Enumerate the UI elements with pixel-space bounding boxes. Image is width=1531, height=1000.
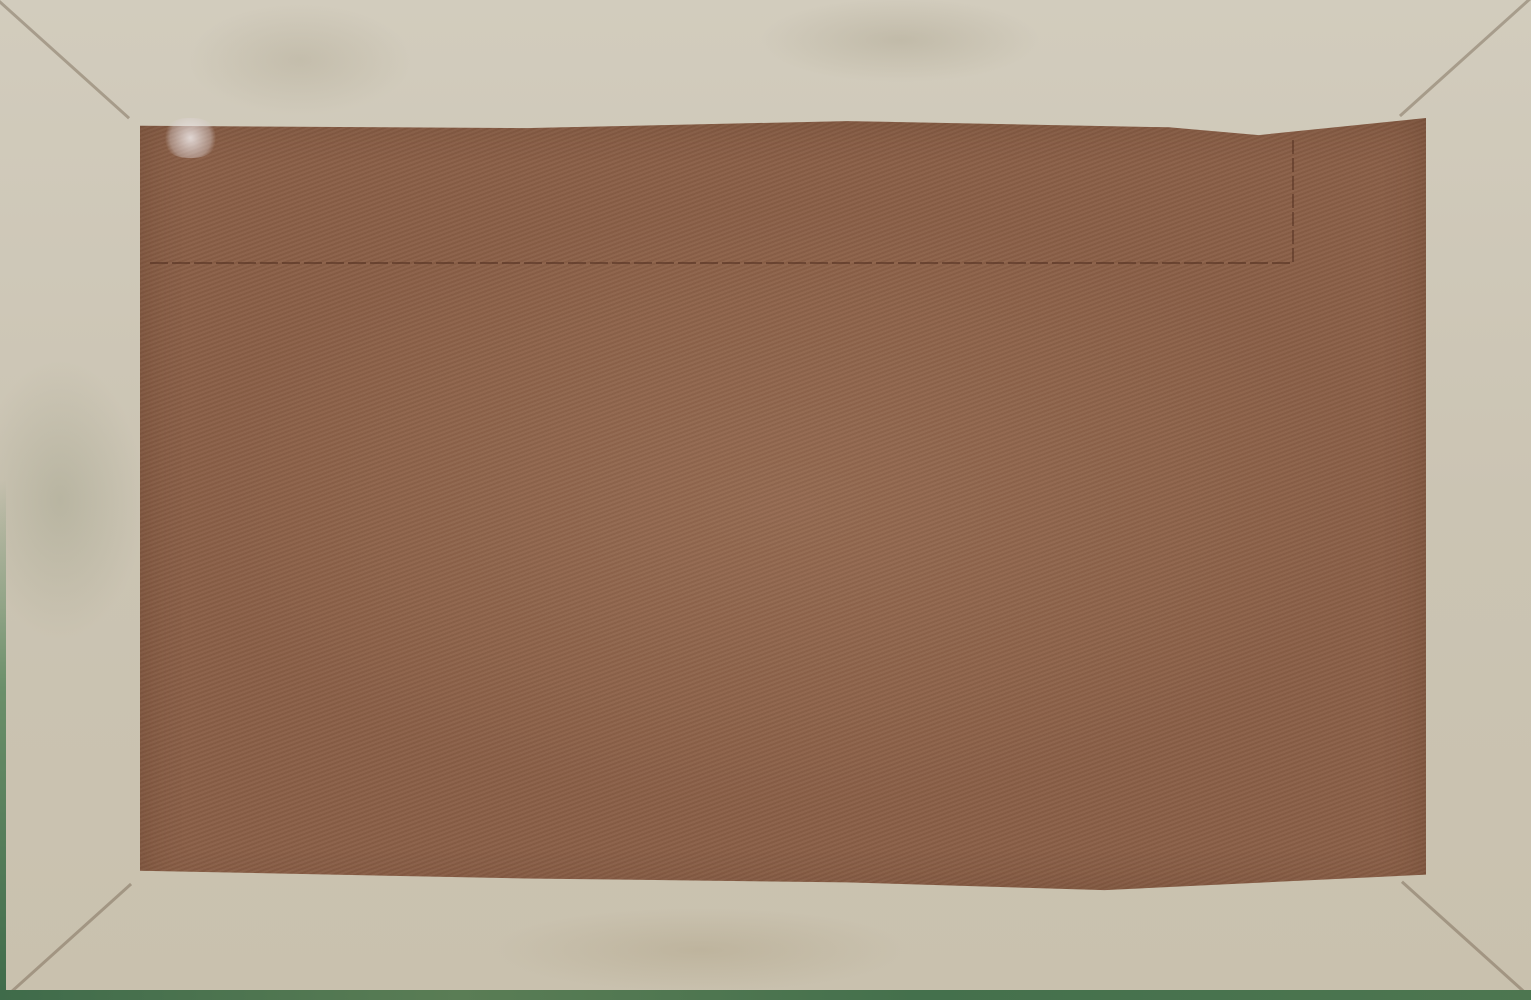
vertical-seam: [1292, 140, 1294, 264]
backing-panel: [140, 118, 1426, 894]
canvas-back: [0, 0, 1531, 1000]
horizontal-seam: [150, 262, 1290, 264]
glue-residue: [163, 118, 218, 158]
painted-edge-left: [0, 480, 6, 1000]
painted-edge-bottom: [0, 990, 1531, 1000]
